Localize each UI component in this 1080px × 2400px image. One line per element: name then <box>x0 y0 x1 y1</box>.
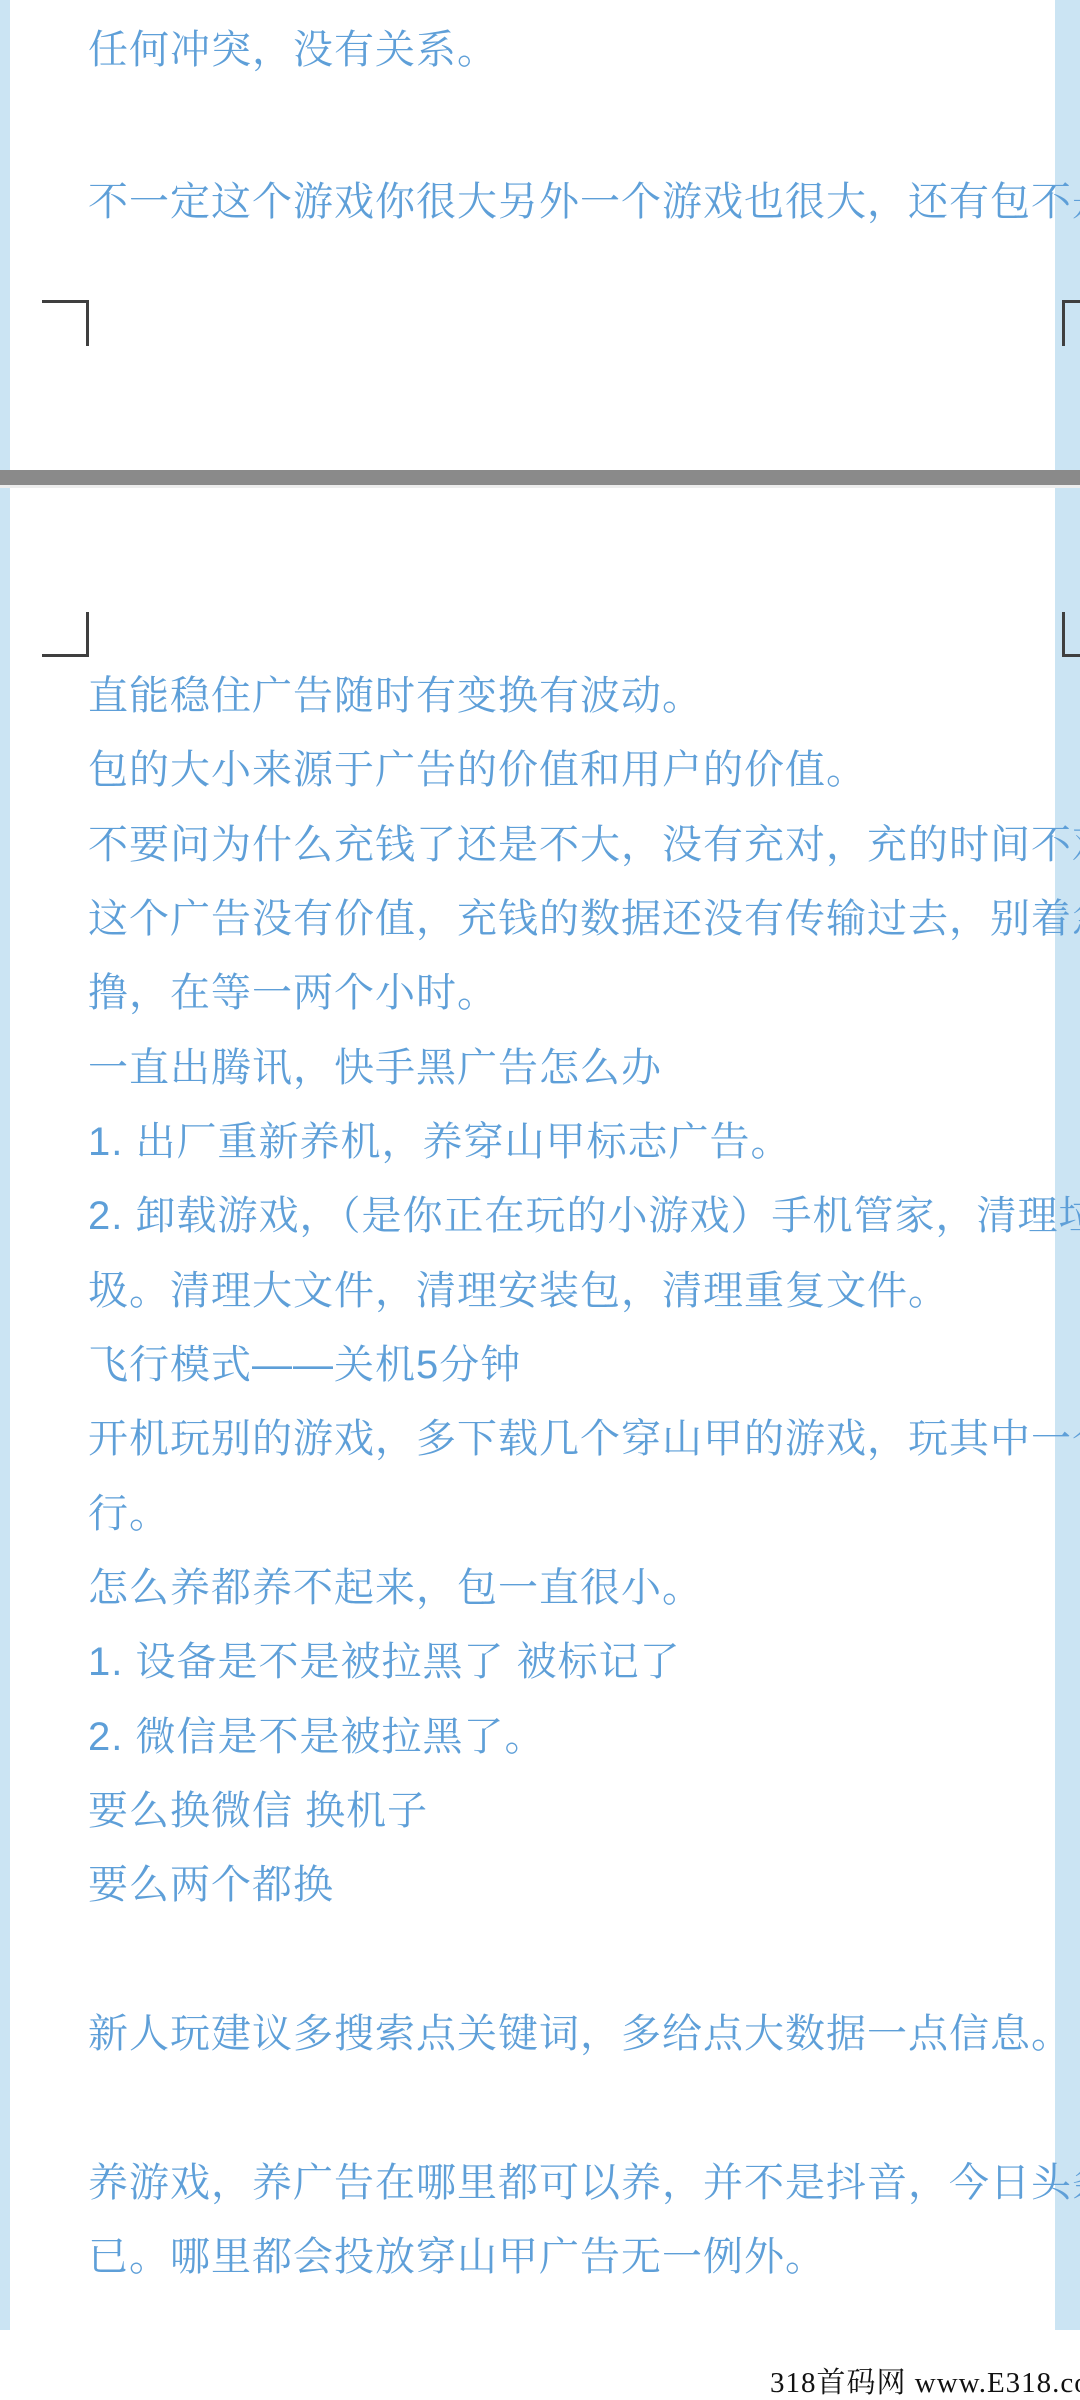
text-line: 开机玩别的游戏，多下载几个穿山甲的游戏，玩其中一个就 <box>88 1417 1080 1461</box>
text-line: 圾。清理大文件，清理安装包，清理重复文件。 <box>88 1269 949 1313</box>
text-line: 行。 <box>88 1492 170 1536</box>
document-page: 任何冲突，没有关系。不一定这个游戏你很大另外一个游戏也很大，还有包不是一 直能稳… <box>0 0 1080 2400</box>
text-line: 已。哪里都会投放穿山甲广告无一例外。 <box>88 2235 826 2279</box>
text-line: 怎么养都养不起来，包一直很小。 <box>88 1566 703 1610</box>
text-line: 直能稳住广告随时有变换有波动。 <box>88 674 703 718</box>
page2-text: 直能稳住广告随时有变换有波动。包的大小来源于广告的价值和用户的价值。不要问为什么… <box>0 0 1080 2400</box>
text-line: 1. 设备是不是被拉黑了 被标记了 <box>88 1640 681 1684</box>
text-line: 1. 出厂重新养机，养穿山甲标志广告。 <box>88 1120 791 1164</box>
text-line: 2. 微信是不是被拉黑了。 <box>88 1715 545 1759</box>
text-line: 不要问为什么充钱了还是不大，没有充对，充的时间不对， <box>88 823 1080 867</box>
text-line: 要么换微信 换机子 <box>88 1789 428 1833</box>
text-line: 要么两个都换 <box>88 1863 334 1907</box>
text-line: 新人玩建议多搜索点关键词，多给点大数据一点信息。 <box>88 2012 1072 2056</box>
text-line: 2. 卸载游戏，（是你正在玩的小游戏）手机管家，清理垃 <box>88 1194 1080 1238</box>
text-line: 一直出腾讯，快手黑广告怎么办 <box>88 1046 662 1090</box>
text-line: 飞行模式——关机5分钟 <box>88 1343 521 1387</box>
text-line: 撸，在等一两个小时。 <box>88 971 498 1015</box>
watermark: 318首码网 www.E318.com <box>770 2360 1080 2400</box>
text-line: 这个广告没有价值，充钱的数据还没有传输过去，别着急 <box>88 897 1080 941</box>
text-line: 包的大小来源于广告的价值和用户的价值。 <box>88 748 867 792</box>
text-line: 养游戏，养广告在哪里都可以养，并不是抖音，今日头条而 <box>88 2161 1080 2205</box>
